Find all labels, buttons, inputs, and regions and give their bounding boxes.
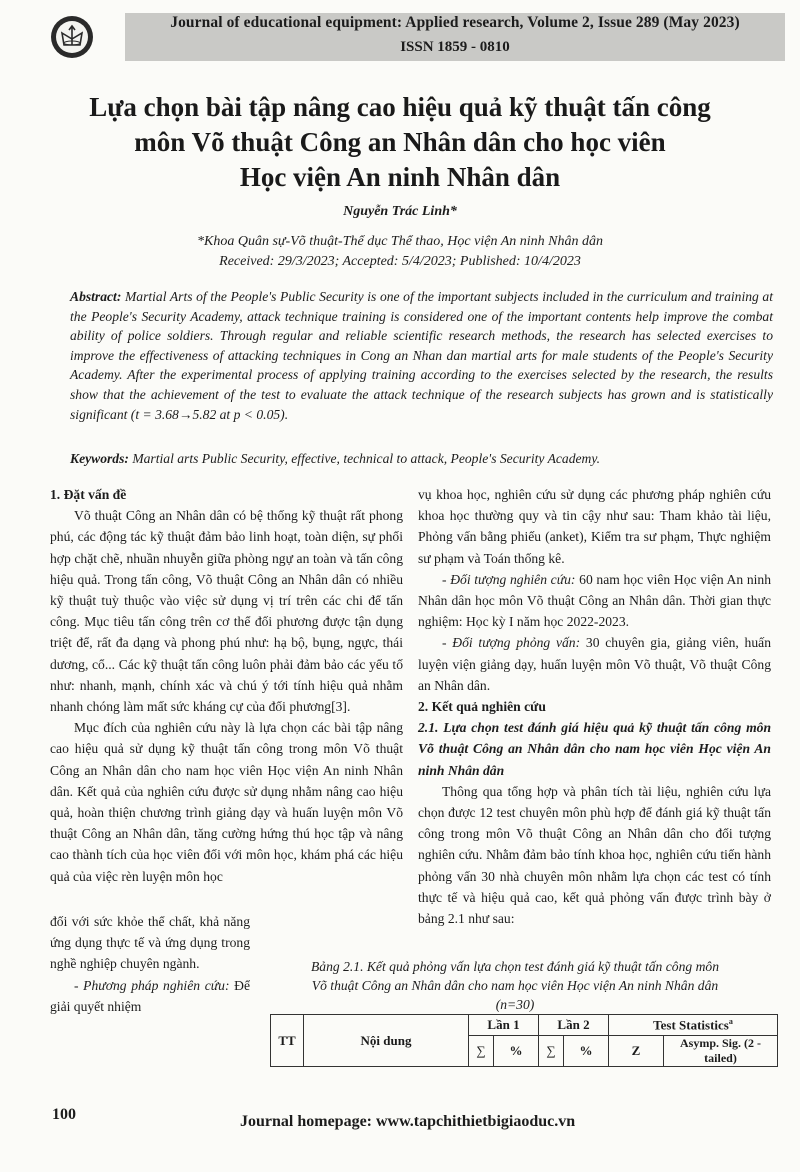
interview-label: - Đối tượng phỏng vấn: bbox=[442, 635, 580, 650]
col-header-pct2: % bbox=[564, 1036, 609, 1067]
col-header-sig: Asymp. Sig. (2 - tailed) bbox=[664, 1036, 778, 1067]
left-column-narrow: đối với sức khỏe thể chất, khả năng ứng … bbox=[50, 911, 250, 1017]
subjects-label: - Đối tượng nghiên cứu: bbox=[442, 572, 575, 587]
results-table: TT Nội dung Lần 1 Lần 2 Test Statisticsa… bbox=[270, 1014, 778, 1067]
paragraph: vụ khoa học, nghiên cứu sử dụng các phươ… bbox=[418, 484, 771, 569]
col-header-pct1: % bbox=[494, 1036, 539, 1067]
journal-name: Journal of educational equipment: Applie… bbox=[125, 13, 785, 33]
journal-issn: ISSN 1859 - 0810 bbox=[125, 37, 785, 57]
col-header-sum2: ∑ bbox=[539, 1036, 564, 1067]
title-line: Học viện An ninh Nhân dân bbox=[50, 160, 750, 195]
abstract-label: Abstract: bbox=[70, 289, 121, 304]
keywords-label: Keywords: bbox=[70, 451, 129, 466]
paragraph: Thông qua tổng hợp và phân tích tài liệu… bbox=[418, 781, 771, 929]
title-line: Lựa chọn bài tập nâng cao hiệu quả kỹ th… bbox=[50, 90, 750, 125]
caption-line: Võ thuật Công an Nhân dân cho nam học vi… bbox=[250, 976, 780, 995]
col-header-round2: Lần 2 bbox=[539, 1015, 609, 1036]
col-header-z: Z bbox=[609, 1036, 664, 1067]
article-title: Lựa chọn bài tập nâng cao hiệu quả kỹ th… bbox=[50, 90, 750, 195]
keywords-text: Martial arts Public Security, effective,… bbox=[132, 451, 600, 466]
method-label: - Phương pháp nghiên cứu: bbox=[74, 978, 229, 993]
caption-line: (n=30) bbox=[250, 995, 780, 1014]
keywords: Keywords: Martial arts Public Security, … bbox=[70, 449, 773, 469]
journal-homepage: Journal homepage: www.tapchithietbigiaod… bbox=[240, 1113, 575, 1131]
right-column: vụ khoa học, nghiên cứu sử dụng các phươ… bbox=[418, 484, 771, 929]
paragraph: Mục đích của nghiên cứu này là lựa chọn … bbox=[50, 717, 403, 887]
section-heading: 2. Kết quả nghiên cứu bbox=[418, 696, 771, 717]
table-caption: Bảng 2.1. Kết quả phỏng vấn lựa chọn tes… bbox=[250, 957, 780, 1014]
abstract: Abstract: Martial Arts of the People's P… bbox=[70, 287, 773, 424]
col-header-content: Nội dung bbox=[304, 1015, 469, 1067]
paragraph: đối với sức khỏe thể chất, khả năng ứng … bbox=[50, 911, 250, 975]
col-header-stats: Test Statisticsa bbox=[609, 1015, 778, 1036]
abstract-text: Martial Arts of the People's Public Secu… bbox=[70, 289, 773, 422]
title-line: môn Võ thuật Công an Nhân dân cho học vi… bbox=[50, 125, 750, 160]
caption-line: Bảng 2.1. Kết quả phỏng vấn lựa chọn tes… bbox=[250, 957, 780, 976]
col-header-tt: TT bbox=[271, 1015, 304, 1067]
col-header-sum1: ∑ bbox=[469, 1036, 494, 1067]
affiliation-block: *Khoa Quân sự-Võ thuật-Thể dục Thể thao,… bbox=[50, 232, 750, 272]
subsection-heading: 2.1. Lựa chọn test đánh giá hiệu quả kỹ … bbox=[418, 717, 771, 781]
author-name: Nguyễn Trác Linh* bbox=[50, 204, 750, 220]
section-heading: 1. Đặt vấn đề bbox=[50, 484, 403, 505]
left-column: 1. Đặt vấn đề Võ thuật Công an Nhân dân … bbox=[50, 484, 403, 887]
journal-logo-icon bbox=[51, 16, 93, 58]
article-dates: Received: 29/3/2023; Accepted: 5/4/2023;… bbox=[50, 252, 750, 272]
col-header-round1: Lần 1 bbox=[469, 1015, 539, 1036]
affiliation: *Khoa Quân sự-Võ thuật-Thể dục Thể thao,… bbox=[50, 232, 750, 252]
page-number: 100 bbox=[52, 1106, 76, 1124]
paragraph: Võ thuật Công an Nhân dân có bệ thống kỹ… bbox=[50, 505, 403, 717]
